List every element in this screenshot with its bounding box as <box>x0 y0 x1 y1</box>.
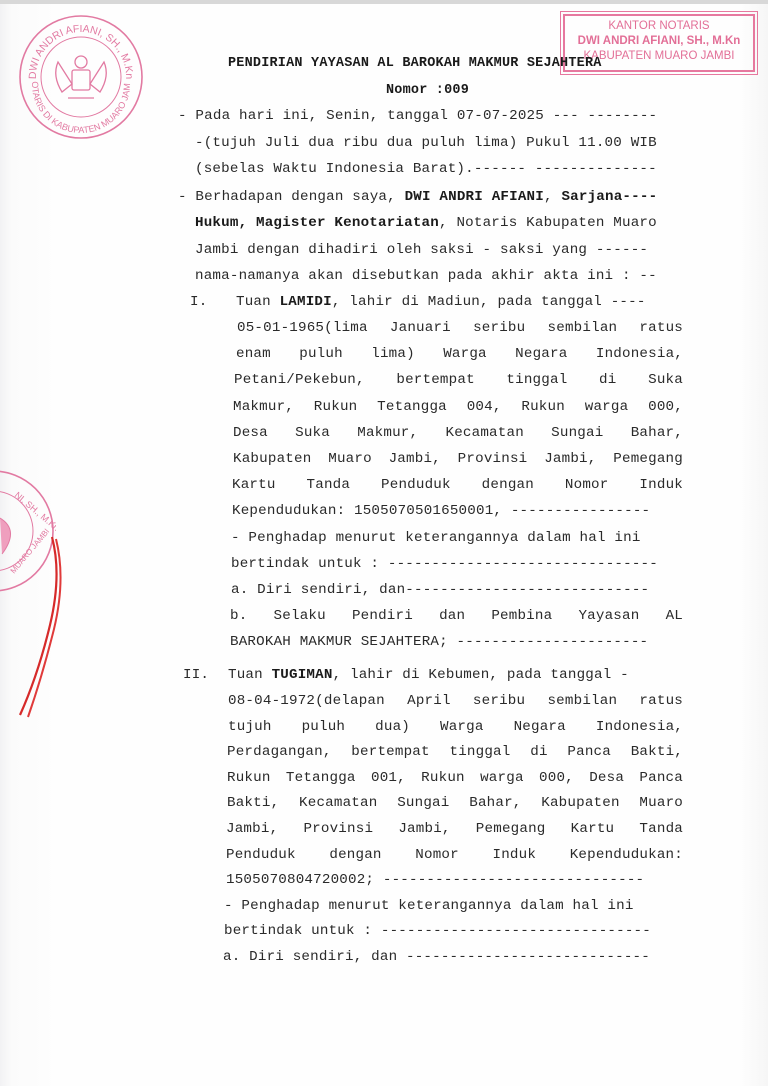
stamp-line-1: KANTOR NOTARIS <box>565 19 753 34</box>
party-2-tuan: Tuan <box>228 667 272 683</box>
opening-line-1: - Pada hari ini, Senin, tanggal 07-07-20… <box>178 108 657 124</box>
party-2-line: Perdagangan, bertempat tinggal di Panca … <box>227 744 683 760</box>
party-2-header: Tuan TUGIMAN, lahir di Kebumen, pada tan… <box>228 667 629 683</box>
party-1-line: Desa Suka Makmur, Kecamatan Sungai Bahar… <box>233 425 683 441</box>
party-1-line: Kependudukan: 1505070501650001, --------… <box>232 503 650 519</box>
party-1-line: b. Selaku Pendiri dan Pembina Yayasan AL <box>230 608 683 624</box>
party-1-line: enam puluh lima) Warga Negara Indonesia, <box>236 346 683 362</box>
party-1-numeral: I. <box>190 294 207 310</box>
notary-line-4: nama-namanya akan disebutkan pada akhir … <box>195 268 657 284</box>
party-1-line: bertindak untuk : ----------------------… <box>231 556 658 572</box>
notary-degree-2: Hukum, Magister Kenotariatan <box>195 215 439 231</box>
party-1-line: Kabupaten Muaro Jambi, Provinsi Jambi, P… <box>233 451 683 467</box>
party-2-name: TUGIMAN <box>272 667 333 683</box>
party-2-line: - Penghadap menurut keterangannya dalam … <box>224 898 634 914</box>
party-2-line: a. Diri sendiri, dan -------------------… <box>223 949 650 965</box>
party-2-birth: , lahir di Kebumen, pada tanggal - <box>333 667 629 683</box>
party-2-line: Bakti, Kecamatan Sungai Bahar, Kabupaten… <box>227 795 683 811</box>
party-1-line: Kartu Tanda Penduduk dengan Nomor Induk <box>232 477 683 493</box>
notary-line-2: Hukum, Magister Kenotariatan, Notaris Ka… <box>195 215 657 231</box>
party-1-line: Petani/Pekebun, bertempat tinggal di Suk… <box>234 372 683 388</box>
stamp-line-2: DWI ANDRI AFIANI, SH., M.Kn <box>565 34 753 49</box>
scan-edge <box>0 0 768 4</box>
notary-title: Notaris Kabupaten Muaro <box>456 215 656 231</box>
notary-degree-1: Sarjana---- <box>561 189 657 205</box>
party-2-line: 08-04-1972(delapan April seribu sembilan… <box>228 693 683 709</box>
party-2-line: Jambi, Provinsi Jambi, Pemegang Kartu Ta… <box>226 821 683 837</box>
document-page: DWI ANDRI AFIANI, SH., M.Kn NOTARIS DI K… <box>0 0 768 1086</box>
opening-line-3: (sebelas Waktu Indonesia Barat).------ -… <box>195 161 657 177</box>
party-2-numeral: II. <box>183 667 209 683</box>
notary-intro: - Berhadapan dengan saya, <box>178 189 405 205</box>
party-1-line: BAROKAH MAKMUR SEJAHTERA; --------------… <box>230 634 648 650</box>
svg-text:DWI ANDRI AFIANI, SH., M.Kn: DWI ANDRI AFIANI, SH., M.Kn <box>27 23 135 79</box>
party-1-line: a. Diri sendiri, dan--------------------… <box>231 582 649 598</box>
opening-line-2: -(tujuh Juli dua ribu dua puluh lima) Pu… <box>195 135 657 151</box>
notary-line-1: - Berhadapan dengan saya, DWI ANDRI AFIA… <box>178 189 657 205</box>
document-number: Nomor :009 <box>386 83 469 98</box>
party-1-line: Makmur, Rukun Tetangga 004, Rukun warga … <box>233 399 683 415</box>
party-1-header: Tuan LAMIDI, lahir di Madiun, pada tangg… <box>236 294 646 310</box>
party-2-line: Penduduk dengan Nomor Induk Kependudukan… <box>226 847 683 863</box>
party-2-line: Rukun Tetangga 001, Rukun warga 000, Des… <box>227 770 683 786</box>
notary-round-stamp-icon: DWI ANDRI AFIANI, SH., M.Kn NOTARIS DI K… <box>18 14 144 140</box>
party-1-line: 05-01-1965(lima Januari seribu sembilan … <box>237 320 683 336</box>
notary-line-3: Jambi dengan dihadiri oleh saksi - saksi… <box>195 242 648 258</box>
party-2-line: 1505070804720002; ----------------------… <box>226 872 644 888</box>
party-1-birth: , lahir di Madiun, pada tanggal ---- <box>332 294 646 310</box>
party-2-line: bertindak untuk : ----------------------… <box>224 923 651 939</box>
party-1-line: - Penghadap menurut keterangannya dalam … <box>231 530 641 546</box>
party-1-name: LAMIDI <box>280 294 332 310</box>
party-2-line: tujuh puluh dua) Warga Negara Indonesia, <box>228 719 683 735</box>
notary-name: DWI ANDRI AFIANI <box>405 189 544 205</box>
party-1-tuan: Tuan <box>236 294 280 310</box>
binding-thread-icon <box>10 535 70 720</box>
document-title: PENDIRIAN YAYASAN AL BAROKAH MAKMUR SEJA… <box>228 56 602 71</box>
